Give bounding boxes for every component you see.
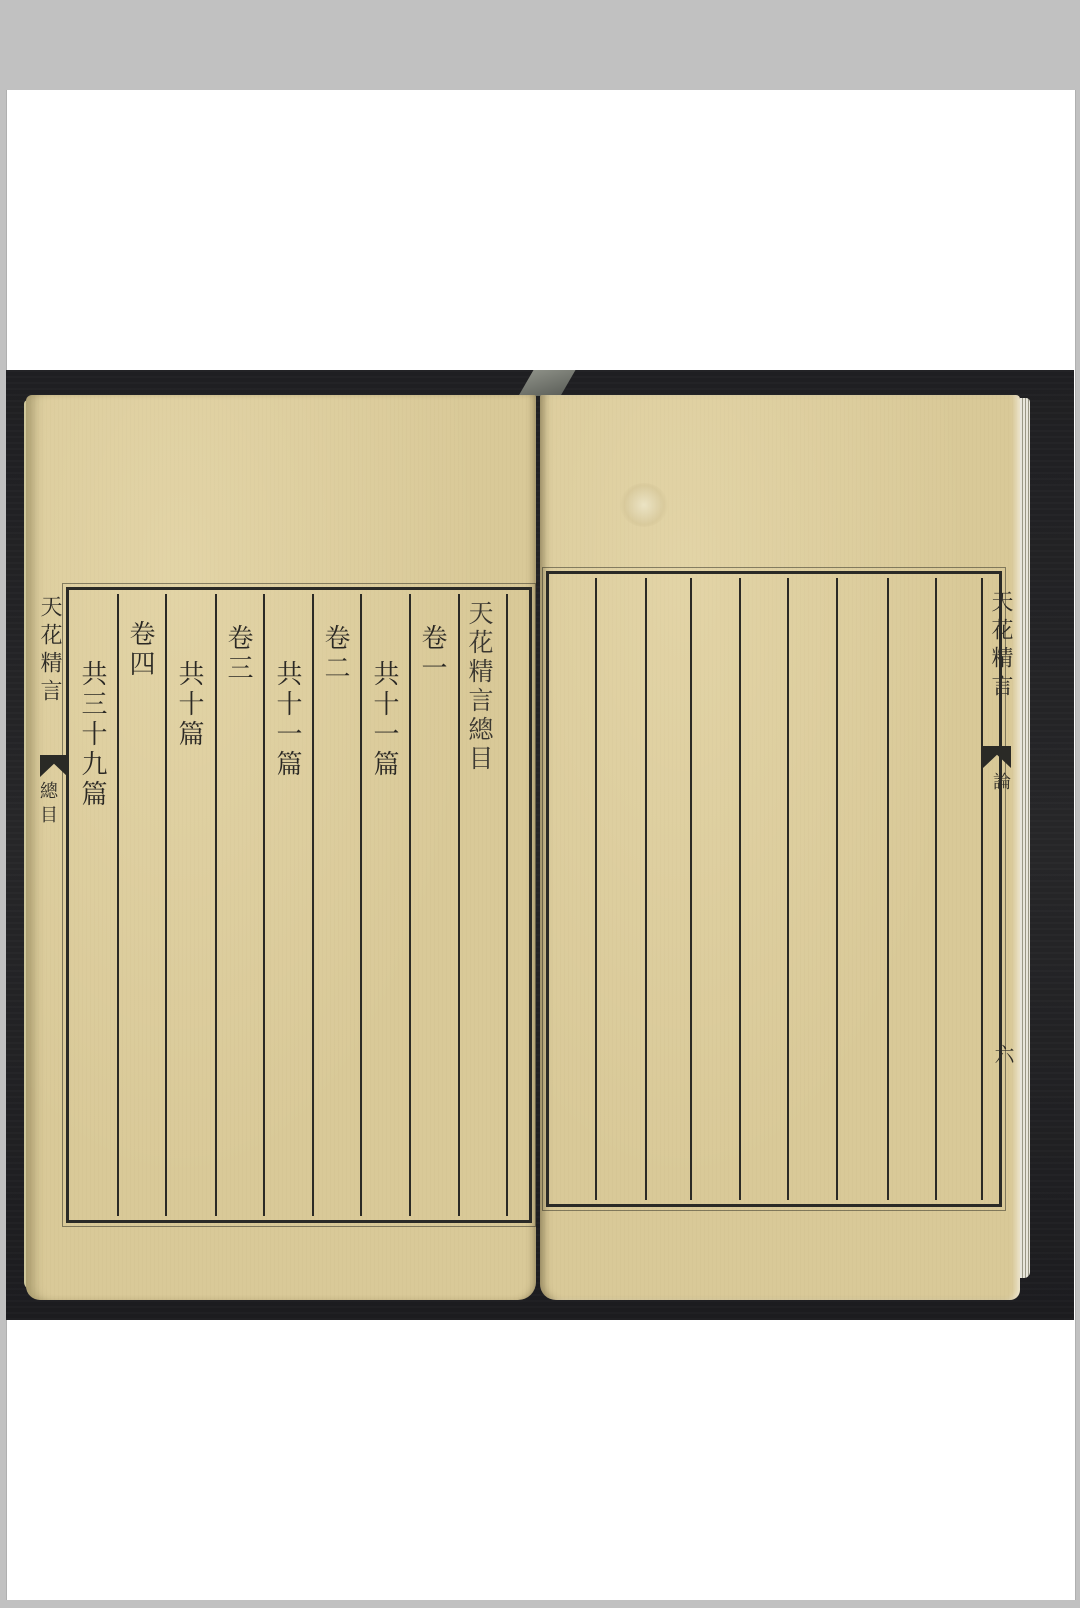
column-rule (506, 594, 508, 1216)
column-rule (215, 594, 217, 1216)
column-rule (312, 594, 314, 1216)
column-rule (981, 578, 983, 1200)
fishtail-mark (40, 755, 68, 777)
left-margin-section: 總目 (34, 781, 60, 829)
toc-title: 天花精言總目 (467, 600, 492, 774)
column-rule (409, 594, 411, 1216)
column-rule (787, 578, 789, 1200)
toc-volume-3: 卷三 (225, 624, 251, 684)
toc-count-1: 共十一篇 (371, 660, 397, 780)
toc-volume-2: 卷二 (322, 624, 348, 684)
toc-volume-4: 卷四 (127, 620, 153, 680)
paper-stain (620, 483, 668, 527)
column-rule (117, 594, 119, 1216)
right-page: 天花精言 論 六 (540, 395, 1020, 1300)
column-rule (836, 578, 838, 1200)
toc-count-4: 共三十九篇 (79, 660, 105, 810)
fishtail-mark (983, 746, 1011, 768)
left-page: 天花精言總目 卷一 共十一篇 卷二 共十一篇 卷三 共十篇 卷四 共三十九篇 天… (26, 395, 536, 1300)
column-rule (360, 594, 362, 1216)
toc-count-2: 共十一篇 (274, 660, 300, 780)
column-rule (690, 578, 692, 1200)
column-rule (595, 578, 597, 1200)
book-photo: 天花精言總目 卷一 共十一篇 卷二 共十一篇 卷三 共十篇 卷四 共三十九篇 天… (6, 370, 1074, 1320)
left-margin-label: 天花精言 (34, 595, 65, 707)
right-margin-label: 天花精言 (985, 590, 1016, 702)
column-rule (935, 578, 937, 1200)
toc-count-3: 共十篇 (176, 660, 202, 750)
column-rule (165, 594, 167, 1216)
right-page-frame: 天花精言 論 六 (546, 571, 1002, 1207)
page-number: 六 (989, 1044, 1018, 1070)
column-rule (263, 594, 265, 1216)
toc-volume-1: 卷一 (419, 624, 445, 684)
column-rule (645, 578, 647, 1200)
left-page-frame: 天花精言總目 卷一 共十一篇 卷二 共十一篇 卷三 共十篇 卷四 共三十九篇 (66, 587, 532, 1223)
column-rule (458, 594, 460, 1216)
right-page-edges (1020, 398, 1030, 1278)
column-rule (739, 578, 741, 1200)
book-spine-tab (518, 370, 575, 396)
column-rule (887, 578, 889, 1200)
right-margin-section: 論 (987, 772, 1013, 796)
